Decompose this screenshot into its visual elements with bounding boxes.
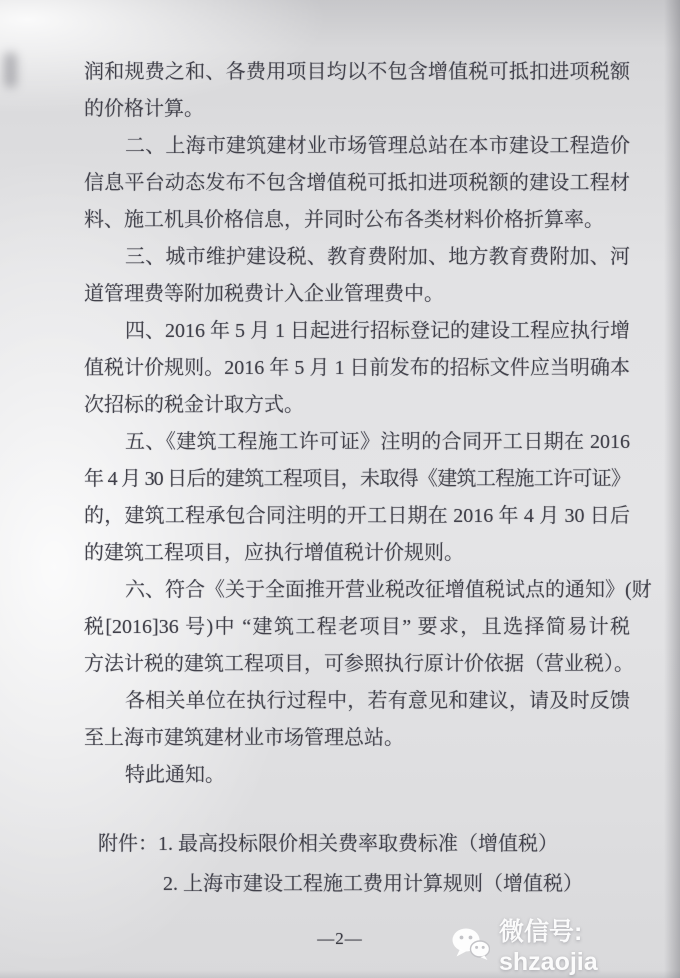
attachment-item: 附件：1. 最高投标限价相关费率取费标准（增值税） [84,824,644,864]
document-line: 五、《建筑工程施工许可证》注明的合同开工日期在 2016 [84,424,630,461]
document-line: 至上海市建筑建材业市场管理总站。 [84,720,630,757]
document-line: 的建筑工程项目，应执行增值税计价规则。 [84,535,630,572]
document-line: 各相关单位在执行过程中，若有意见和建议，请及时反馈 [84,683,630,720]
document-line: 次招标的税金计取方式。 [84,387,630,424]
document-line: 的，建筑工程承包合同注明的开工日期在 2016 年 4 月 30 日后 [84,498,630,535]
page-right-edge-shadow [664,0,680,978]
scan-smudge-mark [4,52,17,88]
document-line: 税[2016]36 号)中 “建筑工程老项目” 要求，且选择简易计税 [84,609,630,646]
attachment-list: 附件：1. 最高投标限价相关费率取费标准（增值税） 2. 上海市建设工程施工费用… [84,824,644,904]
attachment-item: 2. 上海市建设工程施工费用计算规则（增值税） [84,864,644,904]
document-line: 方法计税的建筑工程项目，可参照执行原计价依据（营业税）。 [84,646,630,683]
document-line: 特此通知。 [84,757,630,794]
document-line: 六、符合《关于全面推开营业税改征增值税试点的通知》(财 [84,572,630,609]
document-line: 四、2016 年 5 月 1 日起进行招标登记的建设工程应执行增 [84,313,630,350]
document-line: 润和规费之和、各费用项目均以不包含增值税可抵扣进项税额 [84,54,630,91]
wechat-watermark: 微信号: shzaojia [452,923,680,965]
document-line: 信息平台动态发布不包含增值税可抵扣进项税额的建设工程材 [84,165,630,202]
wechat-icon [452,927,490,961]
document-body: 润和规费之和、各费用项目均以不包含增值税可抵扣进项税额 的价格计算。 二、上海市… [84,54,630,794]
document-line: 值税计价规则。2016 年 5 月 1 日前发布的招标文件应当明确本 [84,350,630,387]
document-line: 年 4 月 30 日后的建筑工程项目，未取得《建筑工程施工许可证》 [84,461,630,498]
document-line: 道管理费等附加税费计入企业管理费中。 [84,276,630,313]
document-line: 的价格计算。 [84,91,630,128]
document-line: 料、施工机具价格信息，并同时公布各类材料价格折算率。 [84,202,630,239]
scanned-document-page: 润和规费之和、各费用项目均以不包含增值税可抵扣进项税额 的价格计算。 二、上海市… [0,0,680,978]
watermark-text: 微信号: shzaojia [499,912,680,977]
document-line: 二、上海市建筑建材业市场管理总站在本市建设工程造价 [84,128,630,165]
document-line: 三、城市维护建设税、教育费附加、地方教育费附加、河 [84,239,630,276]
